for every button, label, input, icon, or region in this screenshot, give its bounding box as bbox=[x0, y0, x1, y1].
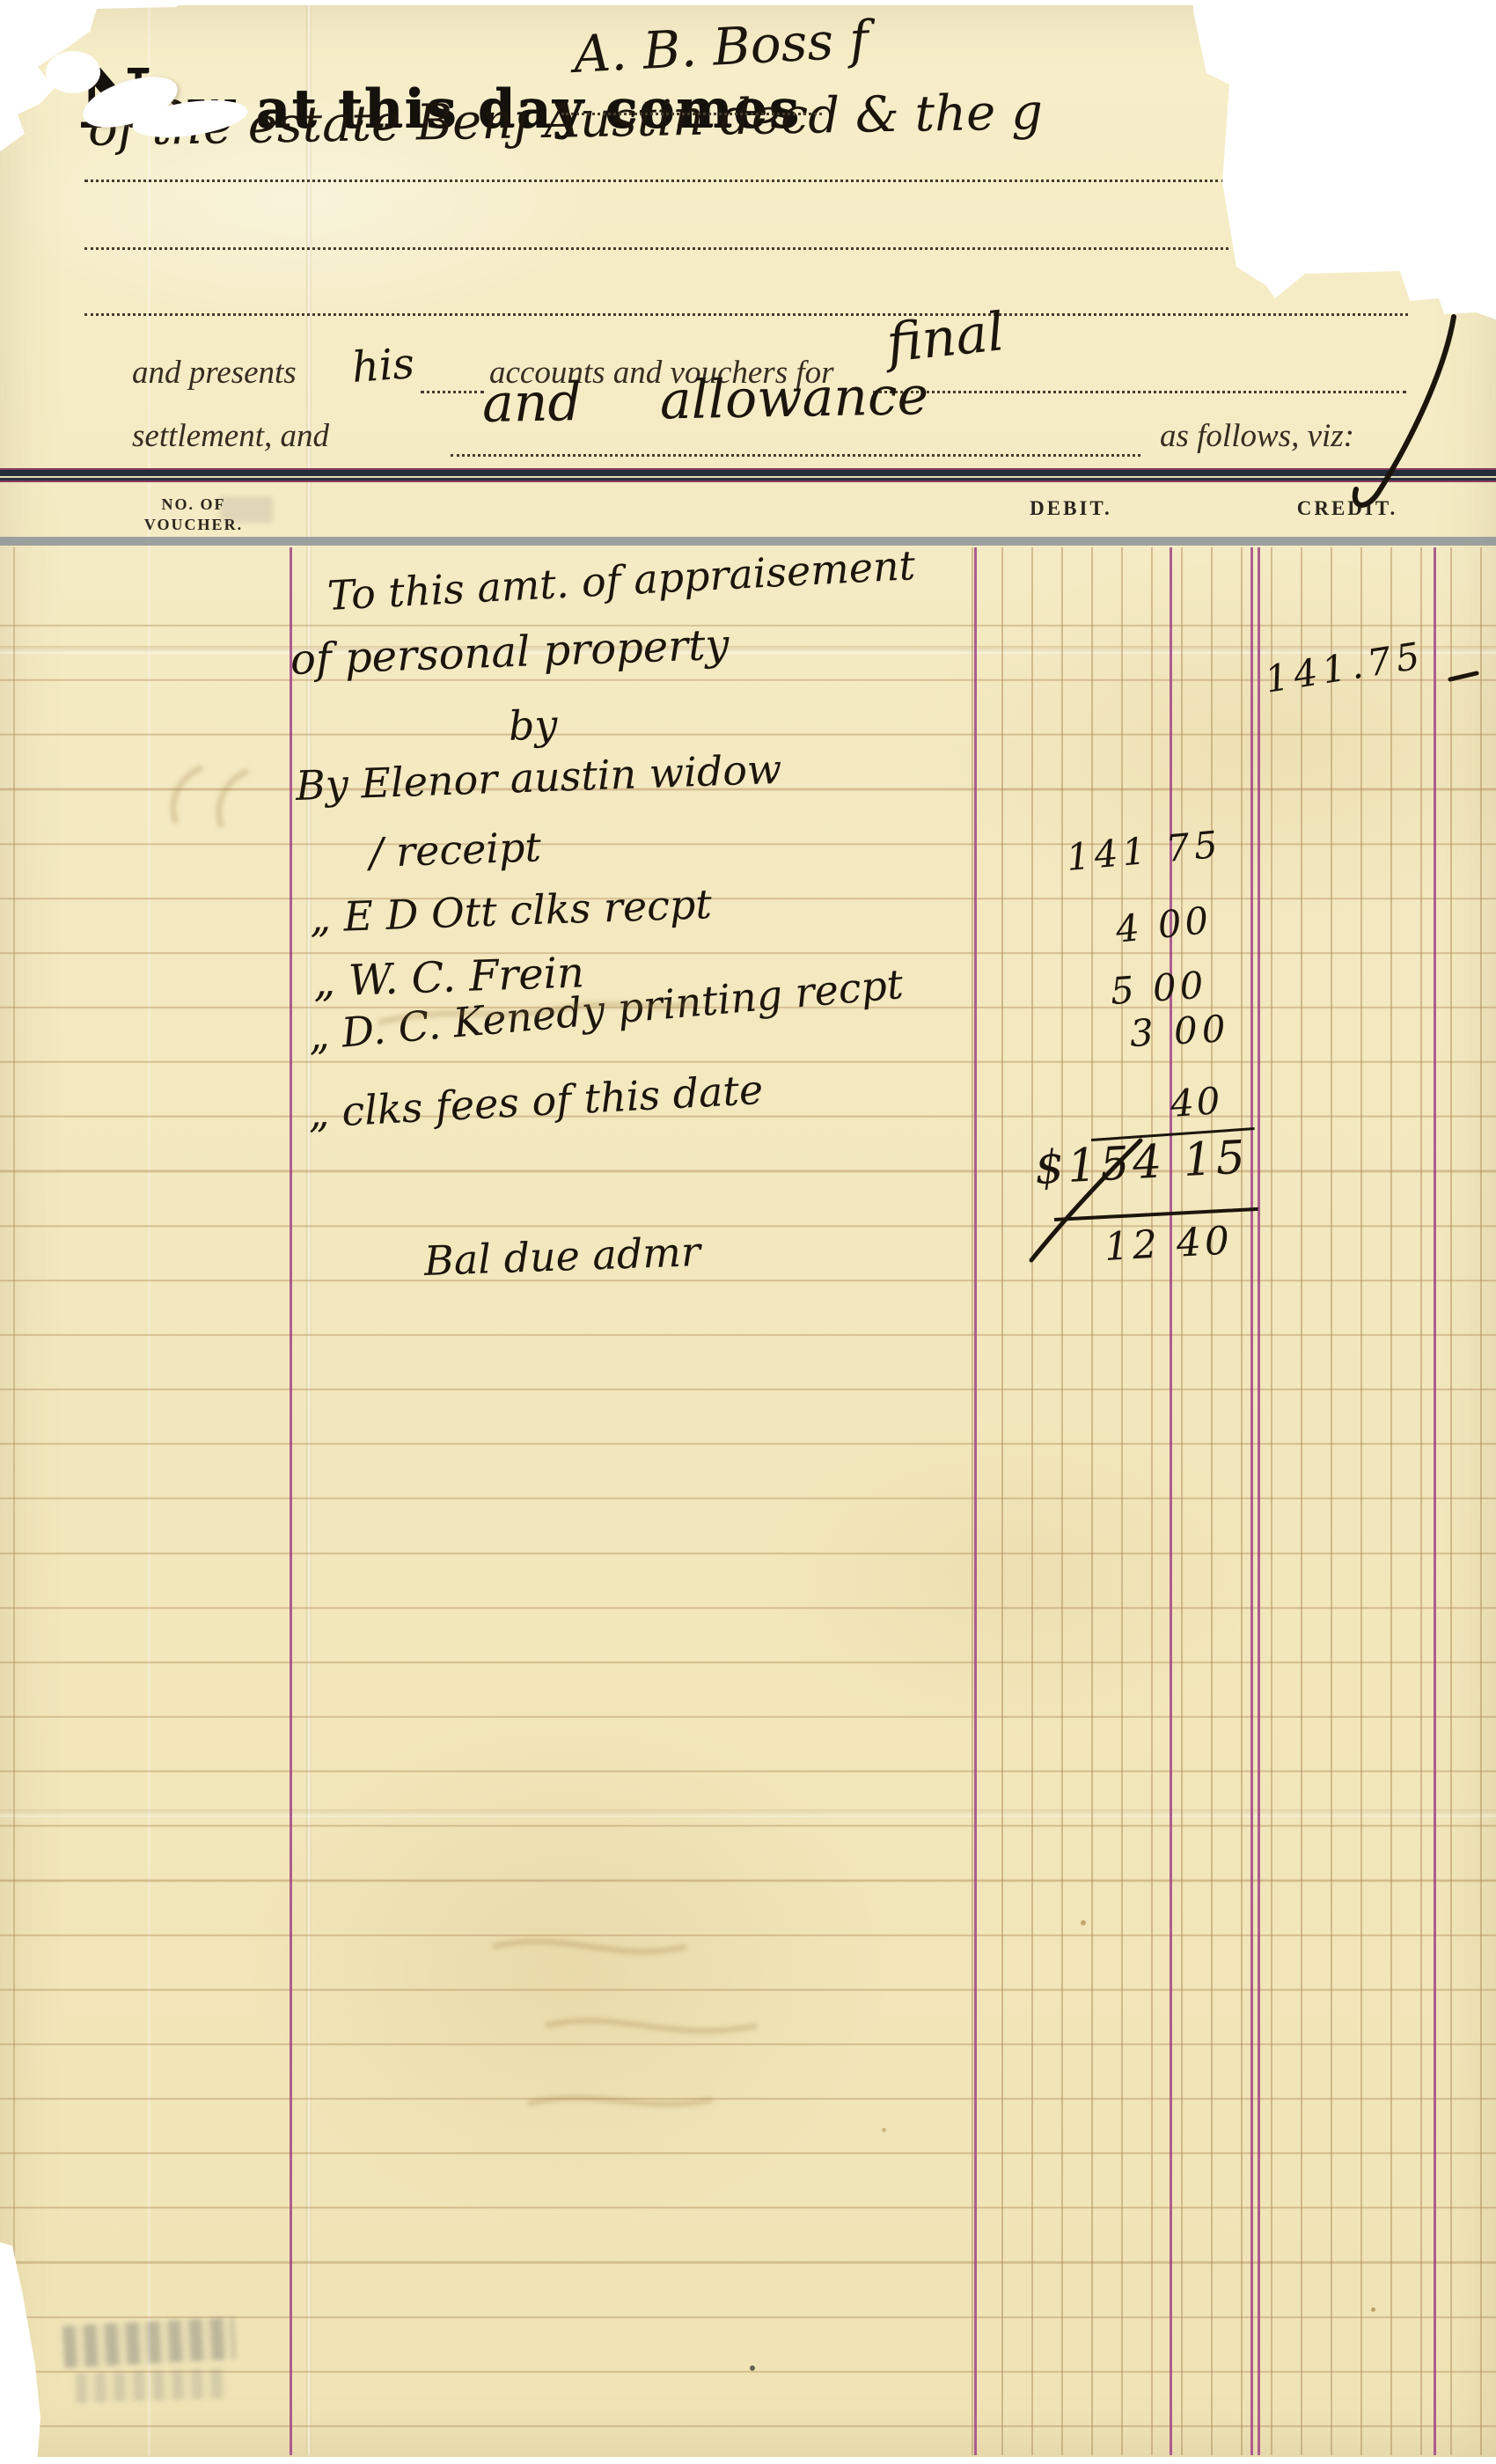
settlement-label: settlement, and bbox=[132, 417, 329, 455]
voucher-column-header-line1: NO. OF bbox=[106, 495, 282, 514]
scan-background-bottom bbox=[0, 2457, 1496, 2464]
blank-dotted-line-1 bbox=[84, 247, 1228, 250]
total-amount: $154 15 bbox=[1033, 1131, 1250, 1195]
purpose-dotted-line bbox=[873, 391, 1406, 393]
blank-dotted-line-2 bbox=[84, 313, 1408, 316]
settlement-blank-handwriting: and allowance bbox=[481, 365, 928, 435]
credit-column-header: CREDIT. bbox=[1259, 497, 1435, 520]
presents-blank-dotted bbox=[421, 391, 484, 393]
paper-speck bbox=[1081, 1920, 1086, 1925]
debit-amount-clks-fees: 40 bbox=[1169, 1079, 1224, 1126]
left-margin-rule bbox=[13, 547, 15, 2455]
name-dotted-line bbox=[561, 113, 822, 115]
estate-dotted-line bbox=[84, 180, 1225, 182]
paper-speck bbox=[1371, 2307, 1375, 2312]
debit-amount-balance: 12 40 bbox=[1104, 1218, 1234, 1270]
double-rule-divider bbox=[0, 468, 1496, 482]
voucher-column-rule bbox=[290, 547, 292, 2455]
as-follows-label: as follows, viz: bbox=[1160, 417, 1354, 455]
gray-rule-divider bbox=[0, 537, 1496, 546]
debit-column-header: DEBIT. bbox=[983, 497, 1159, 520]
entry-by: by bbox=[508, 700, 558, 750]
ink-speck bbox=[750, 2365, 755, 2371]
entry-balance-due: Bal due admr bbox=[423, 1228, 701, 1285]
purpose-blank-handwriting: final bbox=[884, 301, 1007, 375]
debit-column-rule-left bbox=[974, 547, 977, 2455]
presents-label: and presents bbox=[132, 354, 297, 392]
entry-receipt: / receipt bbox=[369, 823, 542, 876]
presents-blank-handwriting: his bbox=[350, 339, 416, 392]
settlement-dotted-line bbox=[451, 454, 1140, 457]
credit-cents-rule bbox=[1434, 547, 1436, 2455]
debit-amount-kenedy: 3 00 bbox=[1129, 1007, 1231, 1055]
debit-amount-frein: 5 00 bbox=[1109, 963, 1208, 1013]
abrasion-blob bbox=[46, 51, 100, 93]
voucher-column-header-line2: VOUCHER. bbox=[106, 516, 282, 534]
ledger-page: Now at this day comes A. B. Boss f of th… bbox=[0, 0, 1496, 2464]
debit-credit-divider-rule-a bbox=[1250, 547, 1253, 2455]
debit-credit-divider-rule-b bbox=[1258, 547, 1260, 2455]
paper-speck bbox=[882, 2128, 886, 2132]
